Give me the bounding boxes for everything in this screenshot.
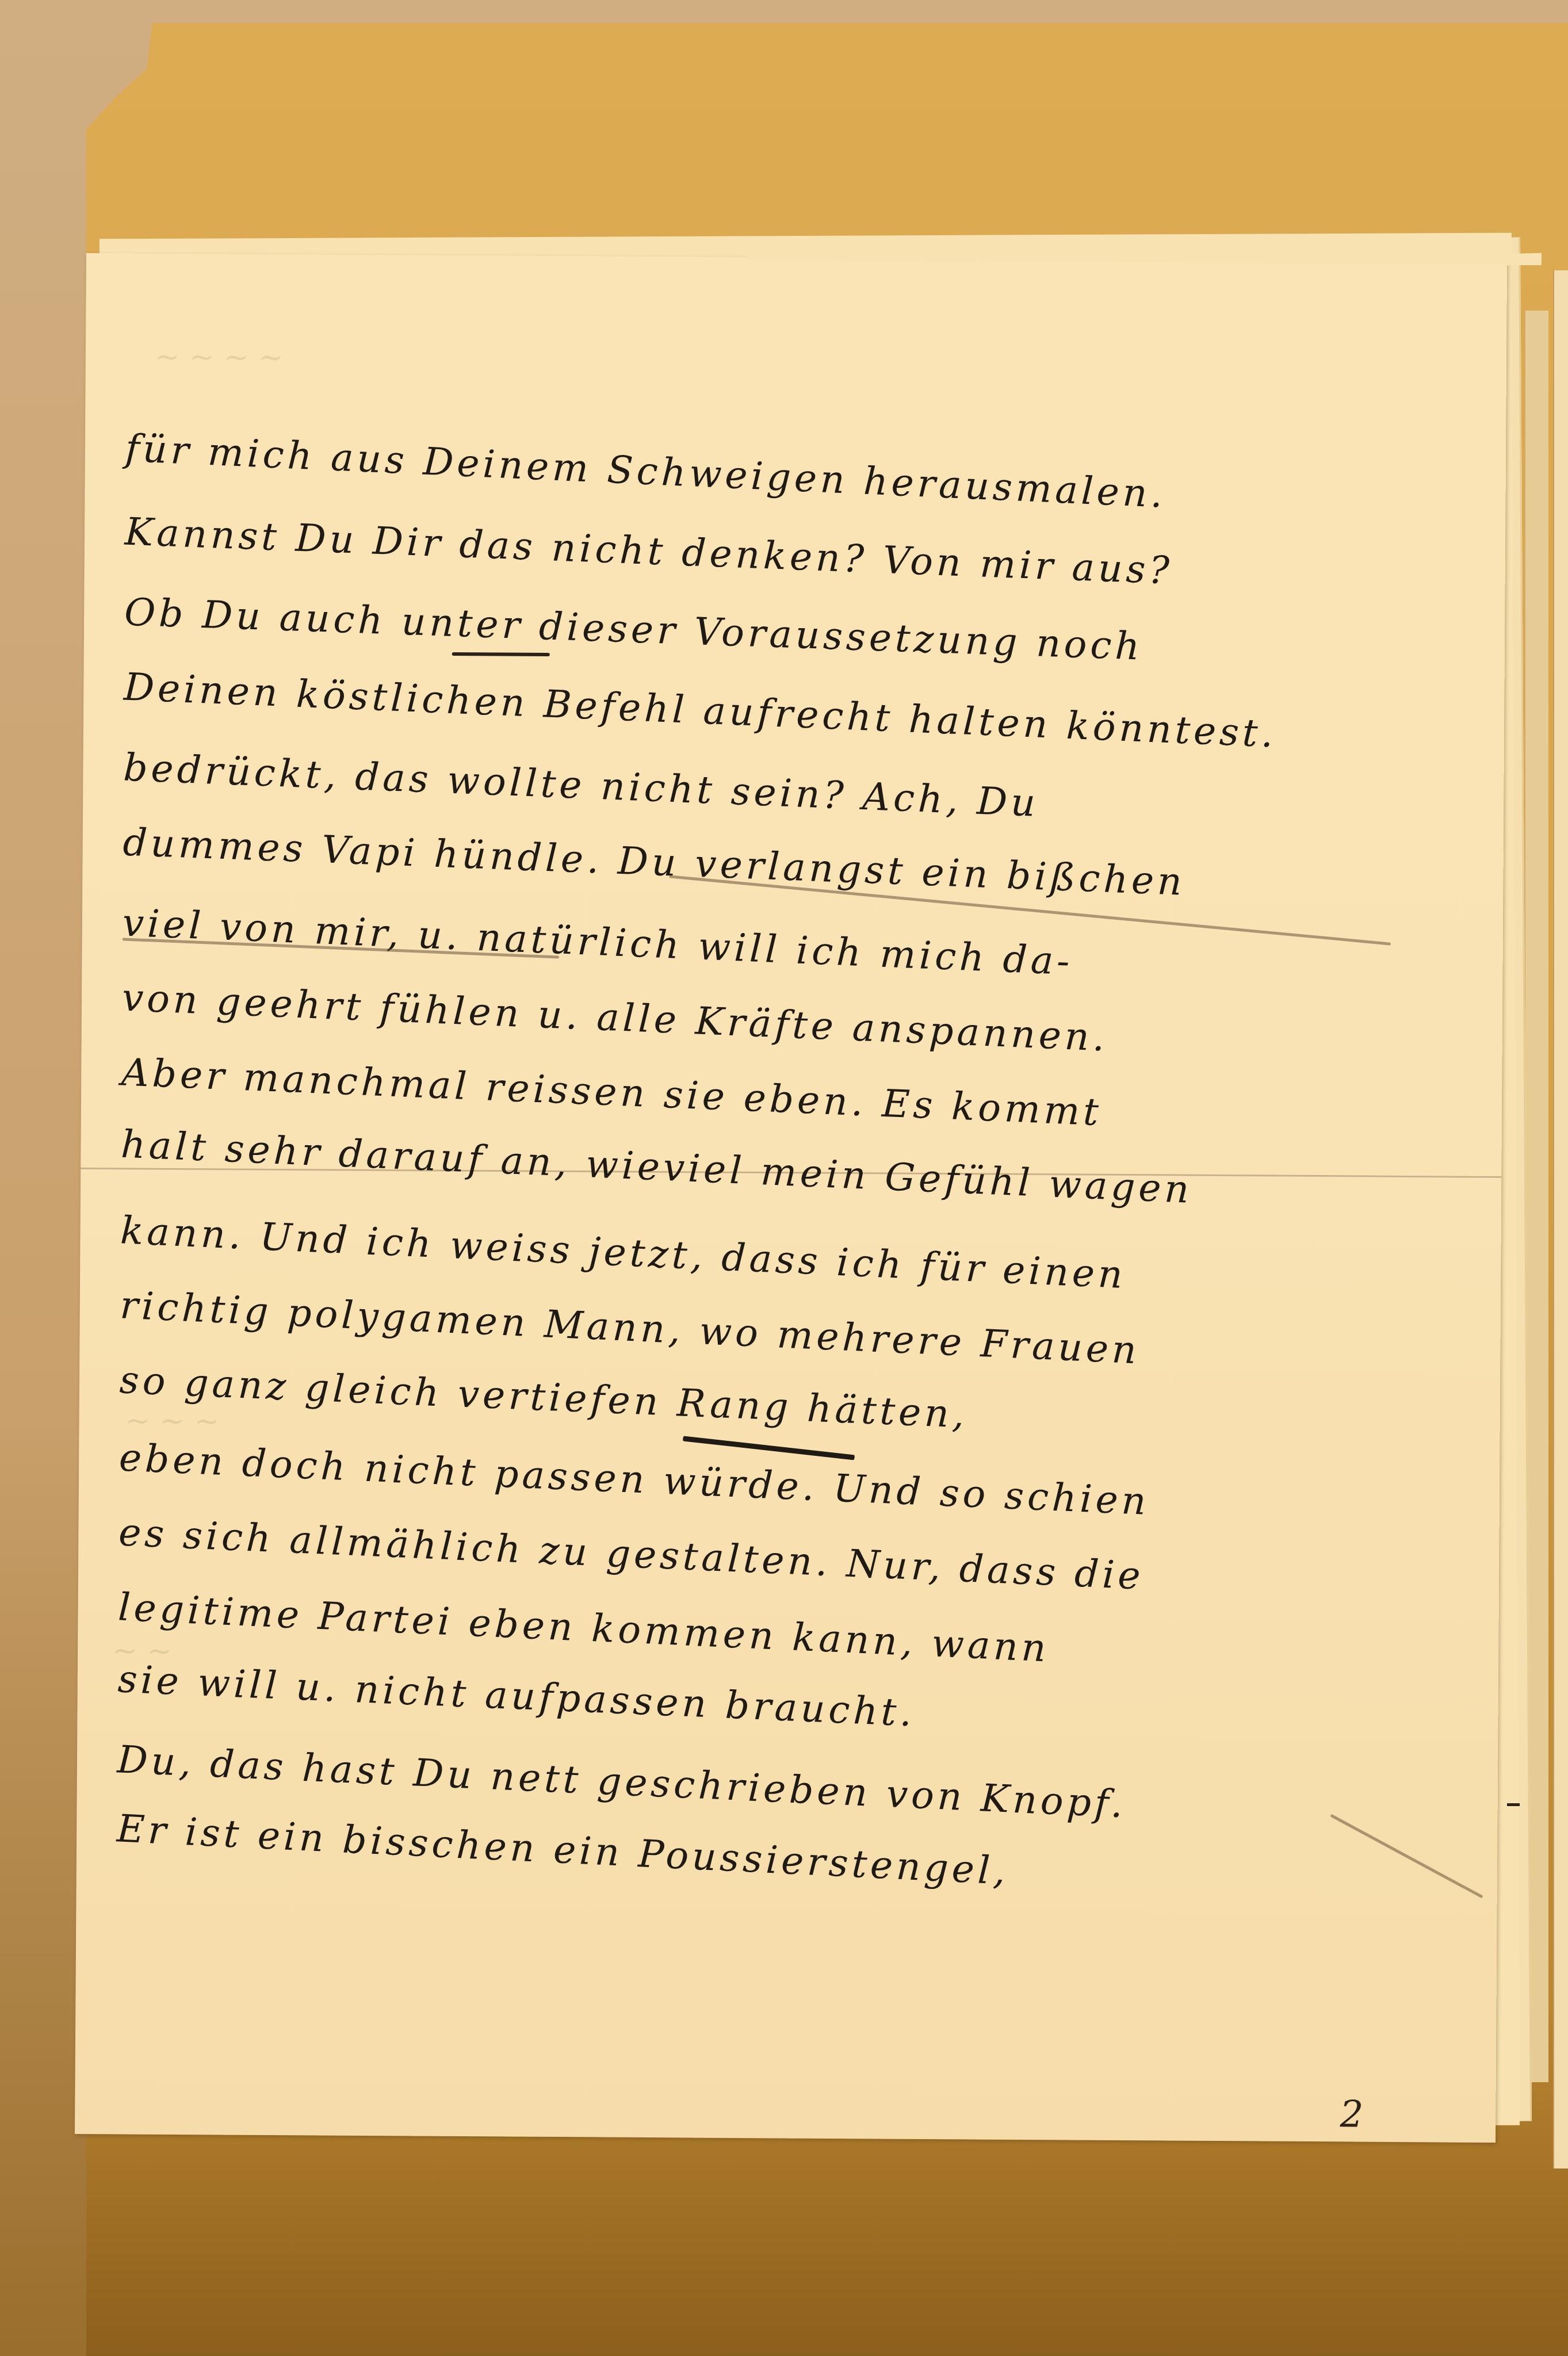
letter-body: für mich aus Deinem Schweigen herausmale…: [115, 253, 1478, 2142]
text-line: so ganz gleich vertiefen Rang hätten,: [118, 1357, 969, 1436]
adjacent-document-edge: [1553, 270, 1568, 2168]
ink-underline: [452, 652, 550, 656]
text-line: eben doch nicht passen würde. Und so sch…: [118, 1435, 1150, 1524]
text-line: es sich allmählich zu gestalten. Nur, da…: [118, 1510, 1145, 1598]
text-line: Kannst Du Dir das nicht denken? Von mir …: [124, 509, 1174, 592]
text-line: viel von mir, u. natürlich will ich mich…: [121, 900, 1074, 984]
text-line: für mich aus Deinem Schweigen herausmale…: [124, 426, 1167, 517]
text-line: legitime Partei eben kommen kann, wann: [117, 1585, 1050, 1670]
text-line: bedrückt, das wollte nicht sein? Ach, Du: [123, 745, 1039, 825]
text-line: Deinen köstlichen Befehl aufrecht halten…: [123, 664, 1278, 756]
text-line: Ob Du auch unter dieser Voraussetzung no…: [124, 590, 1144, 668]
margin-tick-mark: [1507, 1803, 1520, 1806]
text-line: richtig polygamen Mann, wo mehrere Fraue…: [119, 1283, 1141, 1372]
letter-page: ~ ~ ~ ~ ~ ~ ~ ~ ~ für mich aus Deinem Sc…: [75, 253, 1507, 2143]
text-line: dummes Vapi hündle. Du verlangst ein biß…: [122, 820, 1186, 904]
text-line: von geehrt fühlen u. alle Kräfte anspann…: [121, 975, 1109, 1060]
text-line: kann. Und ich weiss jetzt, dass ich für …: [120, 1208, 1127, 1297]
text-line: Er ist ein bisschen ein Poussierstengel,: [116, 1806, 1009, 1893]
text-line: Aber manchmal reissen sie eben. Es kommt: [121, 1050, 1103, 1134]
page-number: 2: [1340, 2093, 1363, 2136]
text-line: sie will u. nicht aufpassen braucht.: [117, 1657, 916, 1735]
text-line: halt sehr darauf an, wieviel mein Gefühl…: [120, 1122, 1194, 1212]
